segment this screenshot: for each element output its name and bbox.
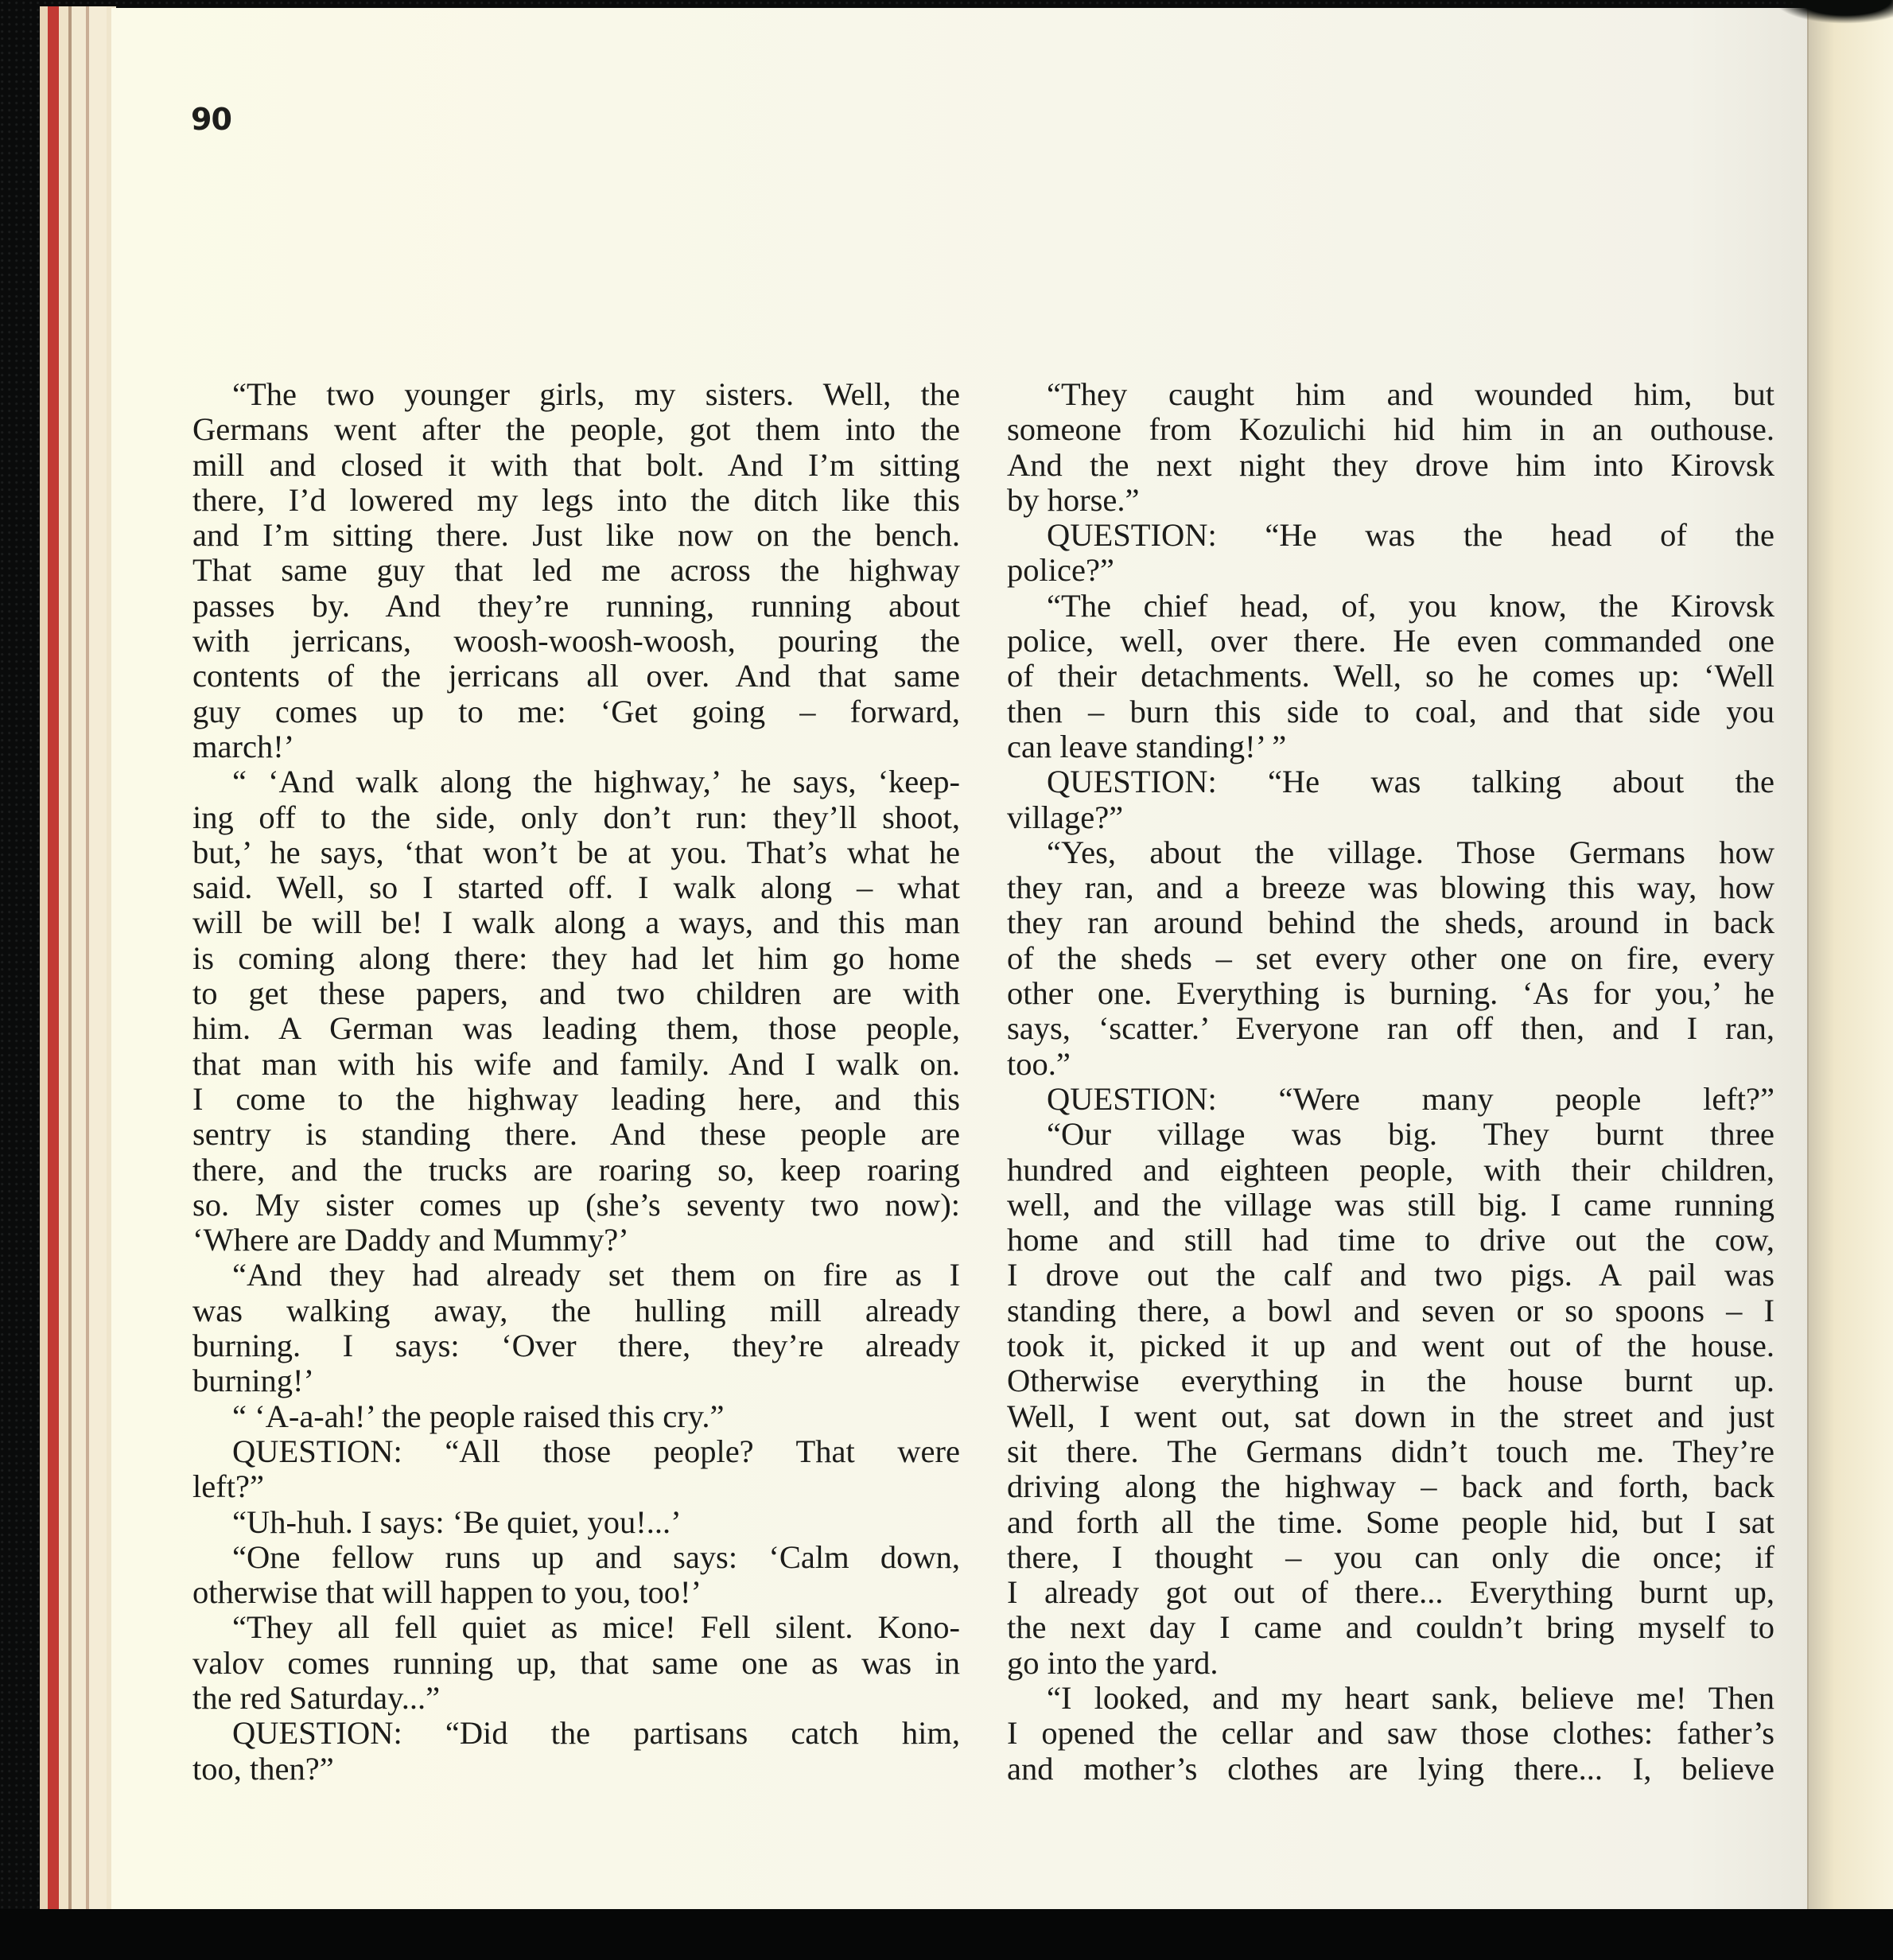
text-line: so. My sister comes up (she’s seventy tw… bbox=[192, 1188, 960, 1223]
text-line: then – burn this side to coal, and that … bbox=[1007, 694, 1774, 729]
text-line: “The chief head, of, you know, the Kirov… bbox=[1007, 589, 1774, 624]
text-line: “Uh-huh. I says: ‘Be quiet, you!...’ bbox=[192, 1505, 960, 1540]
text-line: him. A German was leading them, those pe… bbox=[192, 1011, 960, 1046]
text-line: police?” bbox=[1007, 553, 1774, 588]
page-edge bbox=[40, 6, 48, 1915]
text-line: contents of the jerricans all over. And … bbox=[192, 659, 960, 694]
book-cover-bottom bbox=[0, 1909, 1893, 1960]
text-line: passes by. And they’re running, running … bbox=[192, 589, 960, 624]
page-edge bbox=[89, 6, 107, 1915]
text-line: “They caught him and wounded him, but bbox=[1007, 377, 1774, 412]
text-line: ing off to the side, only don’t run: the… bbox=[192, 800, 960, 835]
text-line: that man with his wife and family. And I… bbox=[192, 1047, 960, 1082]
page-edge bbox=[72, 6, 86, 1915]
text-line: “They all fell quiet as mice! Fell silen… bbox=[192, 1610, 960, 1645]
text-line: valov comes running up, that same one as… bbox=[192, 1646, 960, 1681]
text-line: go into the yard. bbox=[1007, 1646, 1774, 1681]
text-line: I drove out the calf and two pigs. A pai… bbox=[1007, 1258, 1774, 1293]
text-line: I already got out of there... Everything… bbox=[1007, 1575, 1774, 1610]
text-line: driving along the highway – back and for… bbox=[1007, 1469, 1774, 1504]
text-line: they ran around behind the sheds, around… bbox=[1007, 905, 1774, 940]
text-line: someone from Kozulichi hid him in an out… bbox=[1007, 412, 1774, 447]
text-line: but,’ he says, ‘that won’t be at you. Th… bbox=[192, 835, 960, 870]
text-line: of their detachments. Well, so he comes … bbox=[1007, 659, 1774, 694]
left-text-column: “The two younger girls, my sisters. Well… bbox=[192, 377, 960, 1787]
text-line: standing there, a bowl and seven or so s… bbox=[1007, 1293, 1774, 1328]
text-line: the red Saturday...” bbox=[192, 1681, 960, 1716]
text-line: burning!’ bbox=[192, 1363, 960, 1398]
text-line: Well, I went out, sat down in the street… bbox=[1007, 1399, 1774, 1434]
text-line: was walking away, the hulling mill alrea… bbox=[192, 1293, 960, 1328]
text-line: “And they had already set them on fire a… bbox=[192, 1258, 960, 1293]
text-line: and mother’s clothes are lying there... … bbox=[1007, 1752, 1774, 1787]
text-line: there, and the trucks are roaring so, ke… bbox=[192, 1153, 960, 1188]
text-line: I come to the highway leading here, and … bbox=[192, 1082, 960, 1117]
text-line: and forth all the time. Some people hid,… bbox=[1007, 1505, 1774, 1540]
text-line: “Our village was big. They burnt three bbox=[1007, 1117, 1774, 1152]
text-line: “I looked, and my heart sank, believe me… bbox=[1007, 1681, 1774, 1716]
text-line: of the sheds – set every other one on fi… bbox=[1007, 941, 1774, 976]
text-line: That same guy that led me across the hig… bbox=[192, 553, 960, 588]
text-line: ‘Where are Daddy and Mummy?’ bbox=[192, 1223, 960, 1258]
text-line: Germans went after the people, got them … bbox=[192, 412, 960, 447]
text-line: QUESTION: “Did the partisans catch him, bbox=[192, 1716, 960, 1751]
text-line: hundred and eighteen people, with their … bbox=[1007, 1153, 1774, 1188]
text-line: said. Well, so I started off. I walk alo… bbox=[192, 870, 960, 905]
text-line: the next day I came and couldn’t bring m… bbox=[1007, 1610, 1774, 1645]
text-line: took it, picked it up and went out of th… bbox=[1007, 1328, 1774, 1363]
text-line: and I’m sitting there. Just like now on … bbox=[192, 518, 960, 553]
text-line: home and still had time to drive out the… bbox=[1007, 1223, 1774, 1258]
text-line: to get these papers, and two children ar… bbox=[192, 976, 960, 1011]
text-line: village?” bbox=[1007, 800, 1774, 835]
text-line: by horse.” bbox=[1007, 483, 1774, 518]
text-line: sit there. The Germans didn’t touch me. … bbox=[1007, 1434, 1774, 1469]
text-line: QUESTION: “Were many people left?” bbox=[1007, 1082, 1774, 1117]
text-line: And the next night they drove him into K… bbox=[1007, 448, 1774, 483]
text-line: too.” bbox=[1007, 1047, 1774, 1082]
gutter-shadow bbox=[1774, 0, 1893, 24]
text-line: QUESTION: “He was talking about the bbox=[1007, 764, 1774, 799]
page-edges bbox=[40, 6, 116, 1915]
text-line: can leave standing!’ ” bbox=[1007, 729, 1774, 764]
text-line: is coming along there: they had let him … bbox=[192, 941, 960, 976]
text-line: “Yes, about the village. Those Germans h… bbox=[1007, 835, 1774, 870]
text-line: march!’ bbox=[192, 729, 960, 764]
text-line: police, well, over there. He even comman… bbox=[1007, 624, 1774, 659]
text-line: QUESTION: “All those people? That were bbox=[192, 1434, 960, 1469]
text-line: “One fellow runs up and says: ‘Calm down… bbox=[192, 1540, 960, 1575]
text-line: too, then?” bbox=[192, 1752, 960, 1787]
text-line: well, and the village was still big. I c… bbox=[1007, 1188, 1774, 1223]
text-line: left?” bbox=[192, 1469, 960, 1504]
text-line: Otherwise everything in the house burnt … bbox=[1007, 1363, 1774, 1398]
text-line: other one. Everything is burning. ‘As fo… bbox=[1007, 976, 1774, 1011]
facing-page-edge bbox=[1807, 0, 1893, 1909]
page-number: 90 bbox=[191, 102, 231, 137]
text-line: with jerricans, woosh-woosh-woosh, pouri… bbox=[192, 624, 960, 659]
text-line: QUESTION: “He was the head of the bbox=[1007, 518, 1774, 553]
text-line: will be will be! I walk along a ways, an… bbox=[192, 905, 960, 940]
right-text-column: “They caught him and wounded him, butsom… bbox=[1007, 377, 1774, 1787]
text-line: I opened the cellar and saw those clothe… bbox=[1007, 1716, 1774, 1751]
text-line: “The two younger girls, my sisters. Well… bbox=[192, 377, 960, 412]
text-line: otherwise that will happen to you, too!’ bbox=[192, 1575, 960, 1610]
text-line: sentry is standing there. And these peop… bbox=[192, 1117, 960, 1152]
text-line: “ ‘And walk along the highway,’ he says,… bbox=[192, 764, 960, 799]
text-line: “ ‘A-a-ah!’ the people raised this cry.” bbox=[192, 1399, 960, 1434]
ribbon-bookmark bbox=[48, 6, 59, 1915]
text-line: burning. I says: ‘Over there, they’re al… bbox=[192, 1328, 960, 1363]
text-line: guy comes up to me: ‘Get going – forward… bbox=[192, 694, 960, 729]
text-line: mill and closed it with that bolt. And I… bbox=[192, 448, 960, 483]
text-line: there, I thought – you can only die once… bbox=[1007, 1540, 1774, 1575]
page-edge bbox=[59, 6, 68, 1915]
text-line: there, I’d lowered my legs into the ditc… bbox=[192, 483, 960, 518]
text-line: says, ‘scatter.’ Everyone ran off then, … bbox=[1007, 1011, 1774, 1046]
text-line: they ran, and a breeze was blowing this … bbox=[1007, 870, 1774, 905]
